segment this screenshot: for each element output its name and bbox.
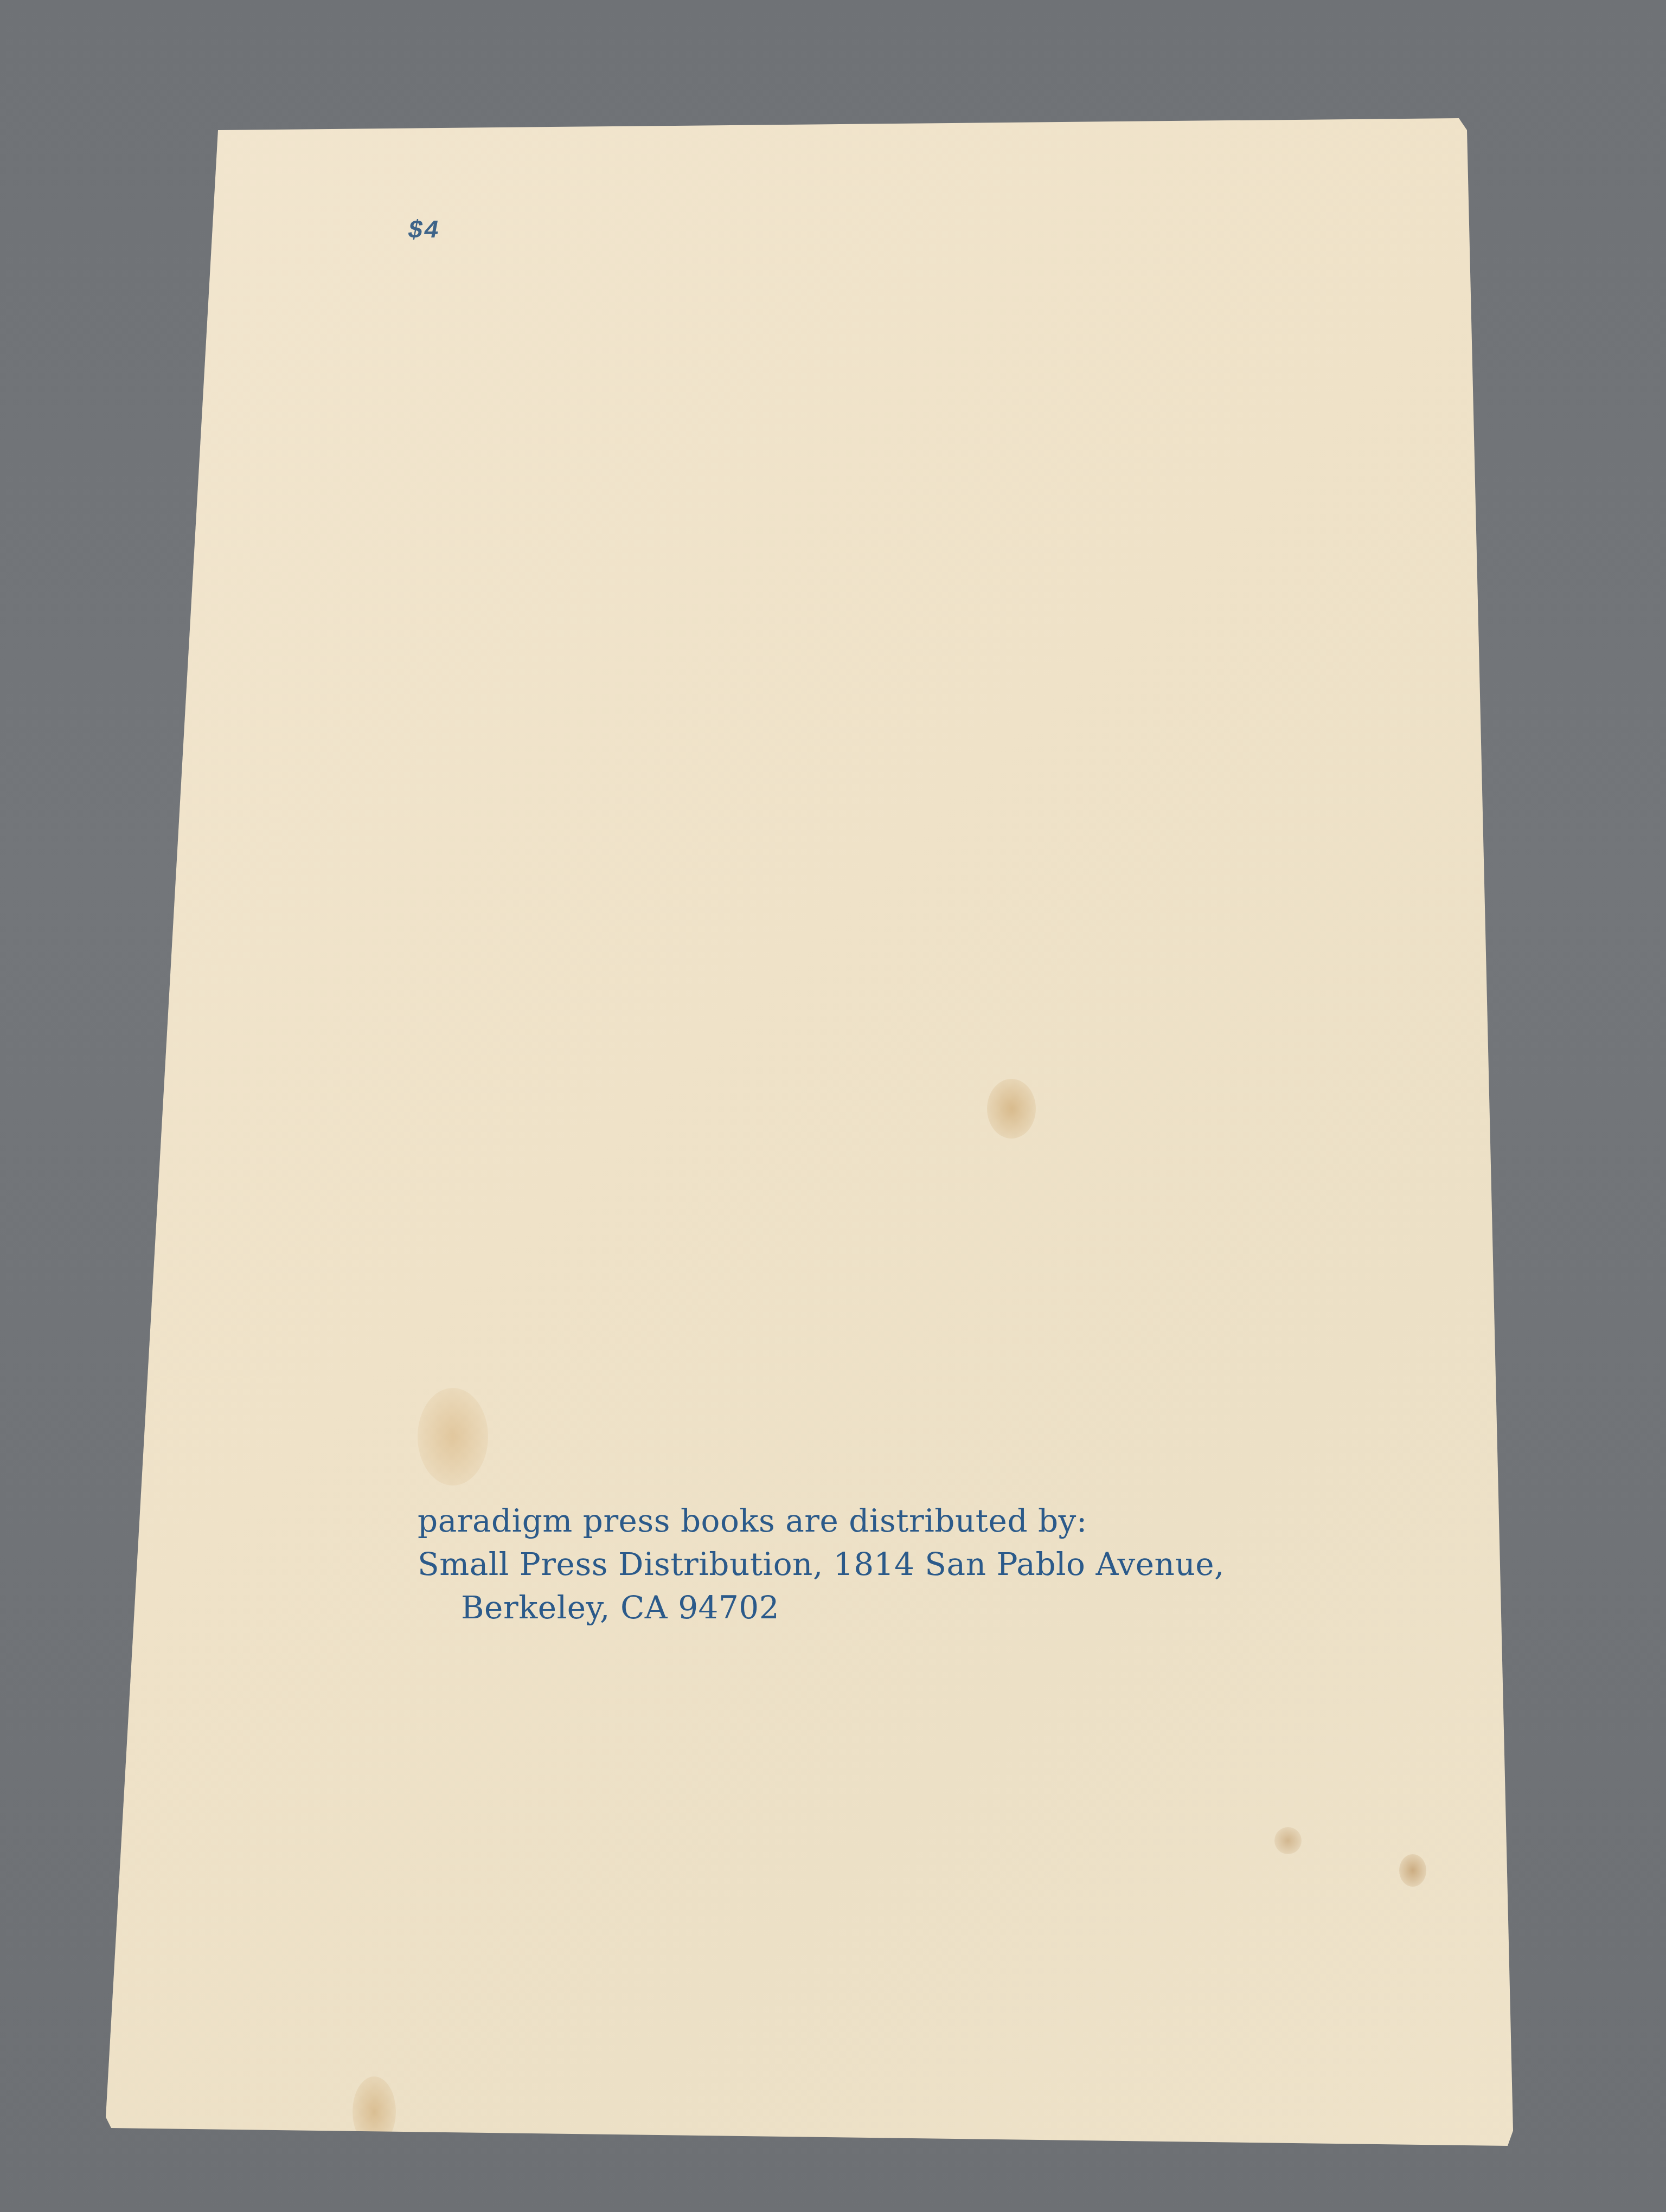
stain [1274, 1827, 1302, 1854]
price-label: $4 [408, 217, 440, 245]
distribution-notice: paradigm press books are distributed by:… [418, 1499, 1225, 1629]
distributor-address-line2: Berkeley, CA 94702 [418, 1586, 1225, 1629]
stain [987, 1079, 1036, 1139]
stain [1399, 1854, 1426, 1887]
distributor-address-line1: Small Press Distribution, 1814 San Pablo… [418, 1542, 1225, 1586]
book-back-cover: $4 paradigm press books are distributed … [0, 0, 1666, 2212]
stain [418, 1388, 488, 1486]
stain [353, 2076, 396, 2147]
distribution-intro: paradigm press books are distributed by: [418, 1499, 1225, 1542]
